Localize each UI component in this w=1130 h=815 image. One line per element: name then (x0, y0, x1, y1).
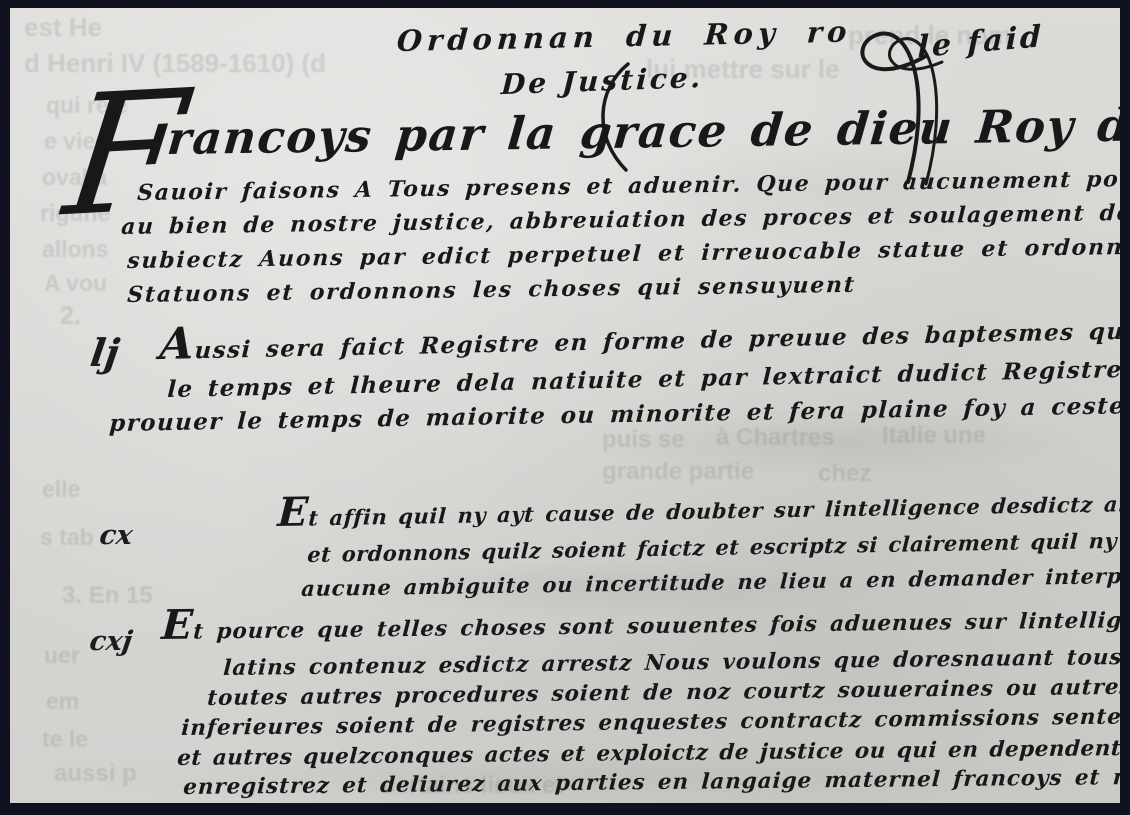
bleed-fragment: te le (42, 726, 88, 753)
screenshot-root: { "manuscript": { "header": { "line1a": … (0, 0, 1130, 815)
margin-mark-article-111: cxj (88, 626, 135, 657)
bleed-fragment: elle (42, 476, 80, 503)
margin-mark-article-110: cx (98, 520, 135, 551)
bleed-fragment: em (46, 688, 79, 715)
bleed-fragment: s tab (40, 524, 94, 551)
bleed-fragment: est He (24, 12, 102, 43)
bleed-fragment: 2. (60, 302, 81, 331)
bleed-fragment: uer (44, 642, 80, 669)
photo-frame: est He prend le nom d Henri IV (1589-161… (0, 0, 1130, 815)
manuscript-page: est He prend le nom d Henri IV (1589-161… (10, 8, 1120, 803)
bleed-fragment: 3. En 15 (62, 582, 153, 610)
bleed-fragment: A vou (44, 270, 107, 297)
